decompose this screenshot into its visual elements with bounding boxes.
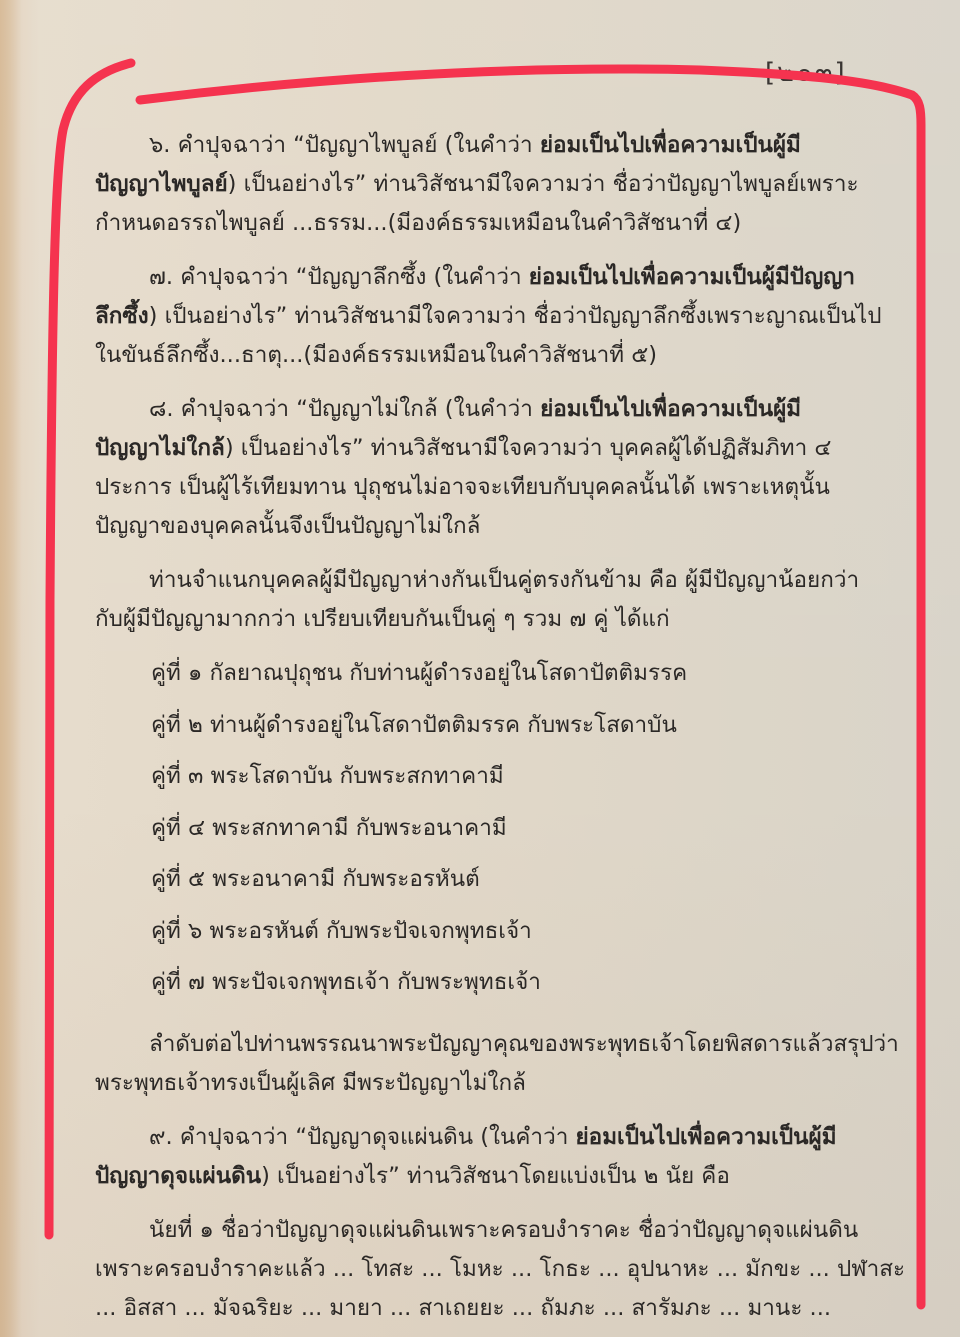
page-number: [๒๑๓] [765, 52, 847, 93]
text-line: กำหนดอรรถไพบูลย์ ...ธรรม...(มีองค์ธรรมเห… [95, 204, 895, 243]
text-run: ลำดับต่อไปท่านพรรณนาพระปัญญาคุณของพระพุท… [149, 1031, 899, 1057]
text-run: ท่านจำแนกบุคคลผู้มีปัญญาห่างกันเป็นคู่ตร… [149, 567, 859, 593]
text-run: ๖. คำปุจฉาว่า “ปัญญาไพบูลย์ (ในคำว่า [149, 132, 540, 158]
book-gutter-shadow [0, 0, 22, 1337]
text-line: กับผู้มีปัญญามากกว่า เปรียบเทียบกันเป็นค… [95, 600, 895, 639]
text-run: ประการ เป็นผู้ไร้เทียมทาน ปุถุชนไม่อาจจะ… [95, 474, 830, 500]
paragraph-summary: ลำดับต่อไปท่านพรรณนาพระปัญญาคุณของพระพุท… [95, 1025, 895, 1103]
paragraph-item-8: ๘. คำปุจฉาว่า “ปัญญาไม่ใกล้ (ในคำว่า ย่อ… [95, 390, 895, 546]
paragraph-naya-1: นัยที่ ๑ ชื่อว่าปัญญาดุจแผ่นดินเพราะครอบ… [95, 1211, 895, 1328]
text-line: ๗. คำปุจฉาว่า “ปัญญาลึกซึ้ง (ในคำว่า ย่อ… [95, 258, 895, 297]
text-line: นัยที่ ๑ ชื่อว่าปัญญาดุจแผ่นดินเพราะครอบ… [95, 1211, 895, 1250]
text-line: ปัญญาของบุคคลนั้นจึงเป็นปัญญาไม่ใกล้ [95, 507, 895, 546]
text-run: ) เป็นอย่างไร” ท่านวิสัชนามีใจความว่า บุ… [225, 435, 832, 461]
text-line: ลำดับต่อไปท่านพรรณนาพระปัญญาคุณของพระพุท… [95, 1025, 895, 1064]
bold-text-run: ปัญญาไม่ใกล้ [95, 435, 225, 461]
bold-text-run: ย่อมเป็นไปเพื่อความเป็นผู้มี [540, 396, 801, 422]
text-line: ประการ เป็นผู้ไร้เทียมทาน ปุถุชนไม่อาจจะ… [95, 468, 895, 507]
list-item: คู่ที่ ๗ พระปัจเจกพุทธเจ้า กับพระพุทธเจ้… [151, 963, 895, 1015]
text-line: ... อิสสา ... มัจฉริยะ ... มายา ... สาเถ… [95, 1289, 895, 1328]
bold-text-run: ย่อมเป็นไปเพื่อความเป็นผู้มี [540, 132, 801, 158]
bold-text-run: ปัญญาดุจแผ่นดิน [95, 1163, 261, 1189]
paragraph-item-6: ๖. คำปุจฉาว่า “ปัญญาไพบูลย์ (ในคำว่า ย่อ… [95, 126, 895, 243]
list-item: คู่ที่ ๔ พระสกทาคามี กับพระอนาคามี [151, 809, 895, 861]
text-run: กำหนดอรรถไพบูลย์ ...ธรรม...(มีองค์ธรรมเห… [95, 210, 741, 236]
text-line: ท่านจำแนกบุคคลผู้มีปัญญาห่างกันเป็นคู่ตร… [95, 561, 895, 600]
list-item: คู่ที่ ๕ พระอนาคามี กับพระอรหันต์ [151, 860, 895, 912]
text-run: ) เป็นอย่างไร” ท่านวิสัชนาโดยแบ่งเป็น ๒ … [261, 1163, 730, 1189]
text-line: ในขันธ์ลึกซึ้ง...ธาตุ...(มีองค์ธรรมเหมือ… [95, 336, 895, 375]
paragraph-pairs-intro: ท่านจำแนกบุคคลผู้มีปัญญาห่างกันเป็นคู่ตร… [95, 561, 895, 639]
text-line: ปัญญาดุจแผ่นดิน) เป็นอย่างไร” ท่านวิสัชน… [95, 1157, 895, 1196]
text-run: พระพุทธเจ้าทรงเป็นผู้เลิศ มีพระปัญญาไม่ใ… [95, 1070, 526, 1096]
text-line: ปัญญาไม่ใกล้) เป็นอย่างไร” ท่านวิสัชนามี… [95, 429, 895, 468]
list-item: คู่ที่ ๓ พระโสดาบัน กับพระสกทาคามี [151, 757, 895, 809]
text-line: ๘. คำปุจฉาว่า “ปัญญาไม่ใกล้ (ในคำว่า ย่อ… [95, 390, 895, 429]
bold-text-run: ปัญญาไพบูลย์ [95, 171, 228, 197]
list-item: คู่ที่ ๖ พระอรหันต์ กับพระปัจเจกพุทธเจ้า [151, 912, 895, 964]
text-line: เพราะครอบงำราคะแล้ว ... โทสะ ... โมหะ ..… [95, 1250, 895, 1289]
text-run: ในขันธ์ลึกซึ้ง...ธาตุ...(มีองค์ธรรมเหมือ… [95, 342, 657, 368]
pairs-list: คู่ที่ ๑ กัลยาณปุถุชน กับท่านผู้ดำรงอยู่… [151, 654, 895, 1015]
text-run: ๘. คำปุจฉาว่า “ปัญญาไม่ใกล้ (ในคำว่า [149, 396, 540, 422]
text-run: ปัญญาของบุคคลนั้นจึงเป็นปัญญาไม่ใกล้ [95, 513, 480, 539]
text-run: เพราะครอบงำราคะแล้ว ... โทสะ ... โมหะ ..… [95, 1256, 905, 1282]
text-run: ) เป็นอย่างไร” ท่านวิสัชนามีใจความว่า ชื… [149, 303, 882, 329]
text-line: ปัญญาไพบูลย์) เป็นอย่างไร” ท่านวิสัชนามี… [95, 165, 895, 204]
list-item: คู่ที่ ๑ กัลยาณปุถุชน กับท่านผู้ดำรงอยู่… [151, 654, 895, 706]
text-line: พระพุทธเจ้าทรงเป็นผู้เลิศ มีพระปัญญาไม่ใ… [95, 1064, 895, 1103]
text-run: ) เป็นอย่างไร” ท่านวิสัชนามีใจความว่า ชื… [228, 171, 859, 197]
text-line: ๙. คำปุจฉาว่า “ปัญญาดุจแผ่นดิน (ในคำว่า … [95, 1118, 895, 1157]
text-run: นัยที่ ๑ ชื่อว่าปัญญาดุจแผ่นดินเพราะครอบ… [149, 1217, 858, 1243]
text-run: ๙. คำปุจฉาว่า “ปัญญาดุจแผ่นดิน (ในคำว่า [149, 1124, 576, 1150]
bold-text-run: ย่อมเป็นไปเพื่อความเป็นผู้มี [576, 1124, 837, 1150]
list-item: คู่ที่ ๒ ท่านผู้ดำรงอยู่ในโสดาปัตติมรรค … [151, 706, 895, 758]
bold-text-run: ลึกซึ้ง [95, 303, 149, 329]
text-run: ๗. คำปุจฉาว่า “ปัญญาลึกซึ้ง (ในคำว่า [149, 264, 529, 290]
text-run: กับผู้มีปัญญามากกว่า เปรียบเทียบกันเป็นค… [95, 606, 670, 632]
document-body: ๖. คำปุจฉาว่า “ปัญญาไพบูลย์ (ในคำว่า ย่อ… [95, 126, 895, 1337]
text-line: ๖. คำปุจฉาว่า “ปัญญาไพบูลย์ (ในคำว่า ย่อ… [95, 126, 895, 165]
paragraph-item-9: ๙. คำปุจฉาว่า “ปัญญาดุจแผ่นดิน (ในคำว่า … [95, 1118, 895, 1196]
text-run: ... อิสสา ... มัจฉริยะ ... มายา ... สาเถ… [95, 1295, 831, 1321]
paragraph-item-7: ๗. คำปุจฉาว่า “ปัญญาลึกซึ้ง (ในคำว่า ย่อ… [95, 258, 895, 375]
bold-text-run: ย่อมเป็นไปเพื่อความเป็นผู้มีปัญญา [529, 264, 855, 290]
text-line: ลึกซึ้ง) เป็นอย่างไร” ท่านวิสัชนามีใจควา… [95, 297, 895, 336]
